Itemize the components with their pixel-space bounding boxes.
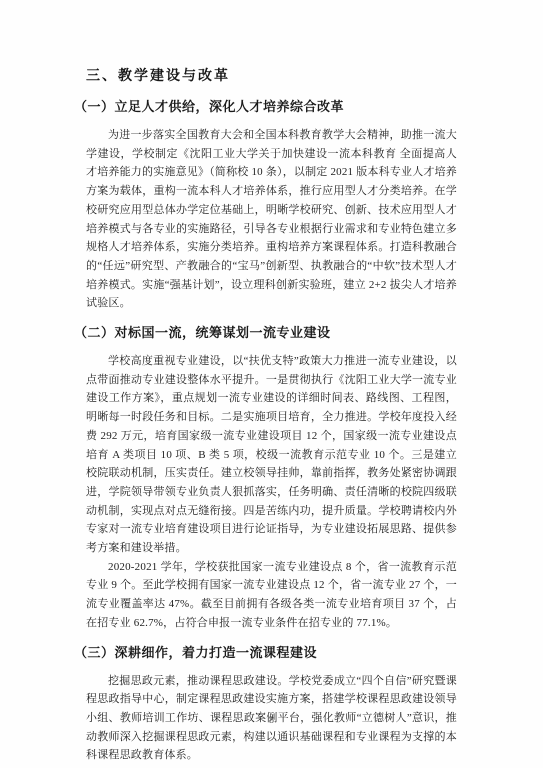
document-page: 三、教学建设与改革 （一）立足人才供给，深化人才培养综合改革 为进一步落实全国教… <box>0 0 543 768</box>
subsection-1-paragraph-1: 为进一步落实全国教育大会和全国本科教育教学大会精神，助推一流大学建设，学校制定《… <box>86 126 457 313</box>
subsection-first-class-majors: （二）对标国一流，统筹谋划一流专业建设 学校高度重视专业建设，以“扶优支特”政策… <box>86 322 457 633</box>
document-content: 三、教学建设与改革 （一）立足人才供给，深化人才培养综合改革 为进一步落实全国教… <box>86 64 457 765</box>
page-number: 8 <box>0 715 543 726</box>
section-title: 三、教学建设与改革 <box>86 64 457 86</box>
subsection-1-heading: （一）立足人才供给，深化人才培养综合改革 <box>74 96 457 118</box>
subsection-2-heading: （二）对标国一流，统筹谋划一流专业建设 <box>74 322 457 344</box>
subsection-2-paragraph-2: 2020-2021 学年，学校获批国家一流专业建设点 8 个，省一流教育示范专业… <box>86 558 457 633</box>
subsection-3-heading: （三）深耕细作，着力打造一流课程建设 <box>74 642 457 664</box>
subsection-2-paragraph-1: 学校高度重视专业建设，以“扶优支特”政策大力推进一流专业建设，以点带面推动专业建… <box>86 352 457 558</box>
subsection-first-class-courses: （三）深耕细作，着力打造一流课程建设 挖掘思政元素，推动课程思政建设。学校党委成… <box>86 642 457 766</box>
subsection-talent-supply: （一）立足人才供给，深化人才培养综合改革 为进一步落实全国教育大会和全国本科教育… <box>86 96 457 313</box>
